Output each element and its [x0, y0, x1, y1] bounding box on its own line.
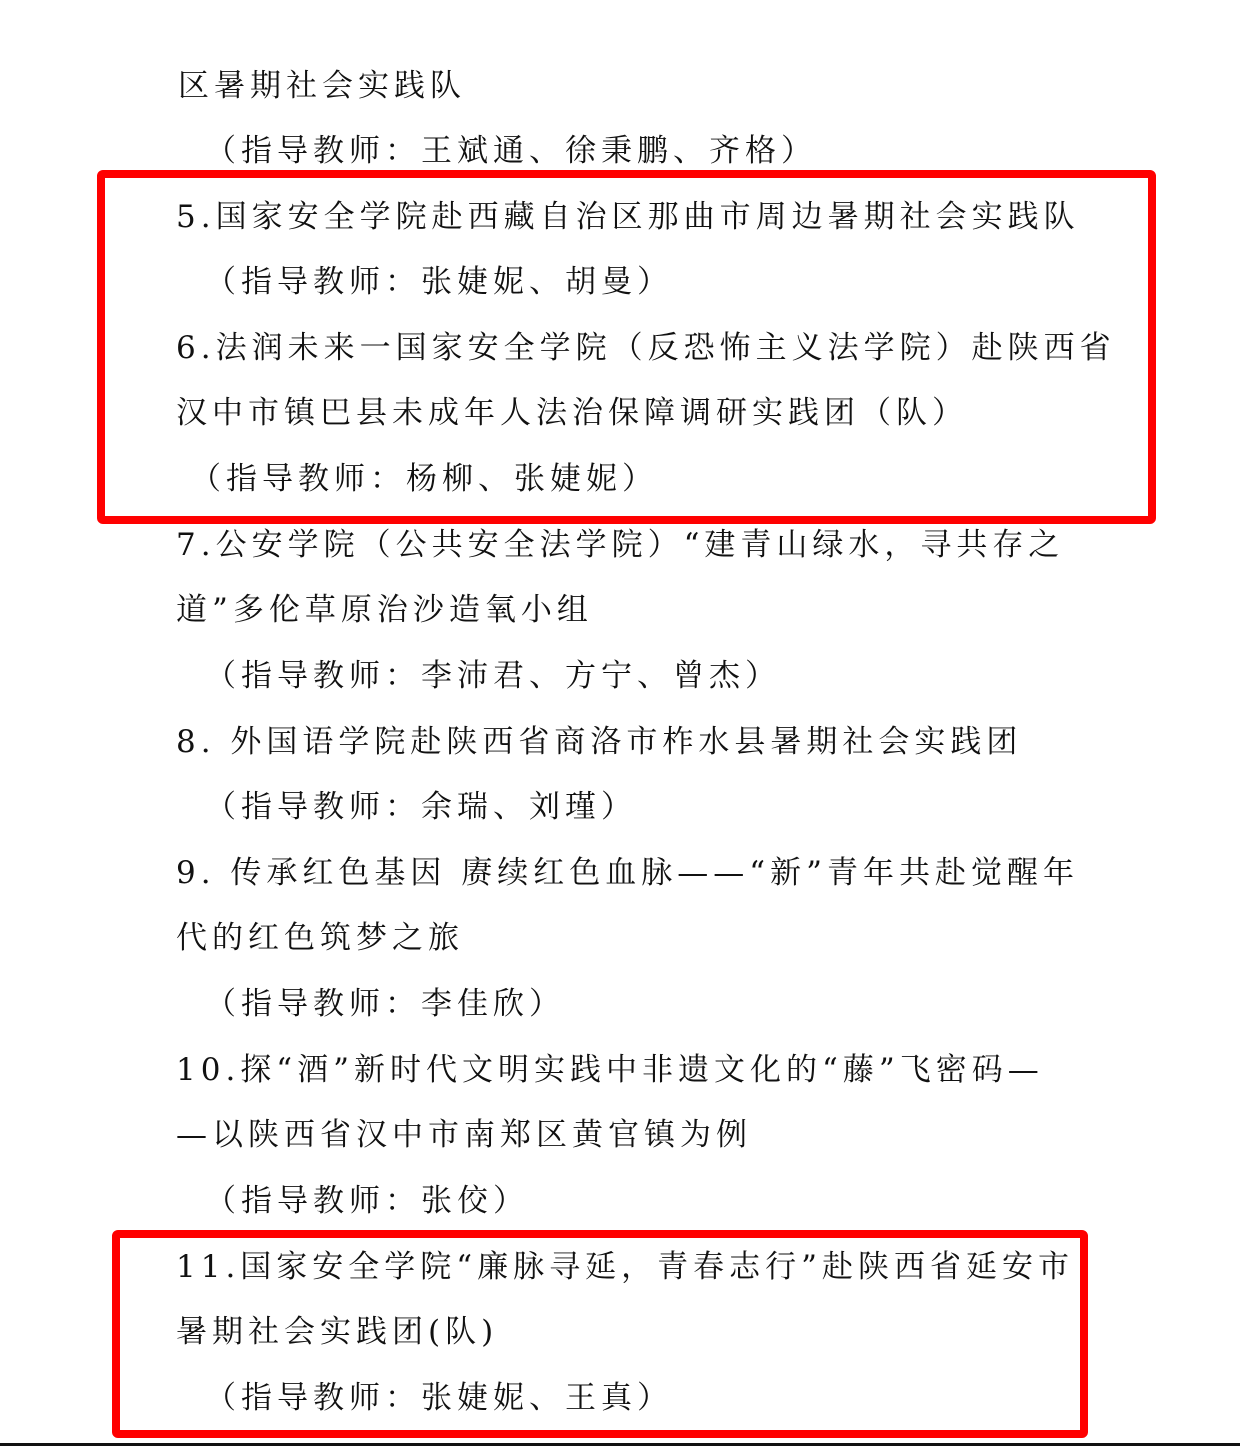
item-6-title-line1: 6.法润未来一国家安全学院（反恐怖主义法学院）赴陕西省	[176, 328, 1116, 368]
item-10-title-line2: —以陕西省汉中市南郑区黄官镇为例	[176, 1115, 752, 1155]
advisor-line-item4: （指导教师：王斌通、徐秉鹏、齐格）	[205, 131, 817, 171]
advisor-line-item7: （指导教师：李沛君、方宁、曾杰）	[205, 656, 781, 696]
text-line-item4-cont: 区暑期社会实践队	[178, 66, 466, 106]
item-9-title-line1: 9. 传承红色基因 赓续红色血脉——“新”青年共赴觉醒年	[176, 853, 1079, 893]
advisor-line-item8: （指导教师：余瑞、刘瑾）	[205, 787, 637, 827]
item-8-title: 8. 外国语学院赴陕西省商洛市柞水县暑期社会实践团	[176, 722, 1022, 762]
item-11-title-line1: 11.国家安全学院“廉脉寻延，青春志行”赴陕西省延安市	[176, 1247, 1074, 1287]
advisor-line-item10: （指导教师：张佼）	[205, 1181, 529, 1221]
advisor-line-item11: （指导教师：张婕妮、王真）	[205, 1378, 673, 1418]
item-11-title-line2: 暑期社会实践团(队)	[176, 1312, 498, 1352]
page-bottom-rule	[0, 1443, 1240, 1446]
item-7-title-line2: 道”多伦草原治沙造氧小组	[176, 590, 593, 630]
item-5-title: 5.国家安全学院赴西藏自治区那曲市周边暑期社会实践队	[176, 197, 1080, 237]
item-9-title-line2: 代的红色筑梦之旅	[176, 918, 464, 958]
advisor-line-item9: （指导教师：李佳欣）	[205, 984, 565, 1024]
item-7-title-line1: 7.公安学院（公共安全法学院）“建青山绿水，寻共存之	[176, 525, 1064, 565]
advisor-line-item5: （指导教师：张婕妮、胡曼）	[205, 262, 673, 302]
item-6-title-line2: 汉中市镇巴县未成年人法治保障调研实践团（队）	[176, 393, 968, 433]
advisor-line-item6: （指导教师：杨柳、张婕妮）	[190, 459, 658, 499]
item-10-title-line1: 10.探“酒”新时代文明实践中非遗文化的“藤”飞密码—	[176, 1050, 1044, 1090]
